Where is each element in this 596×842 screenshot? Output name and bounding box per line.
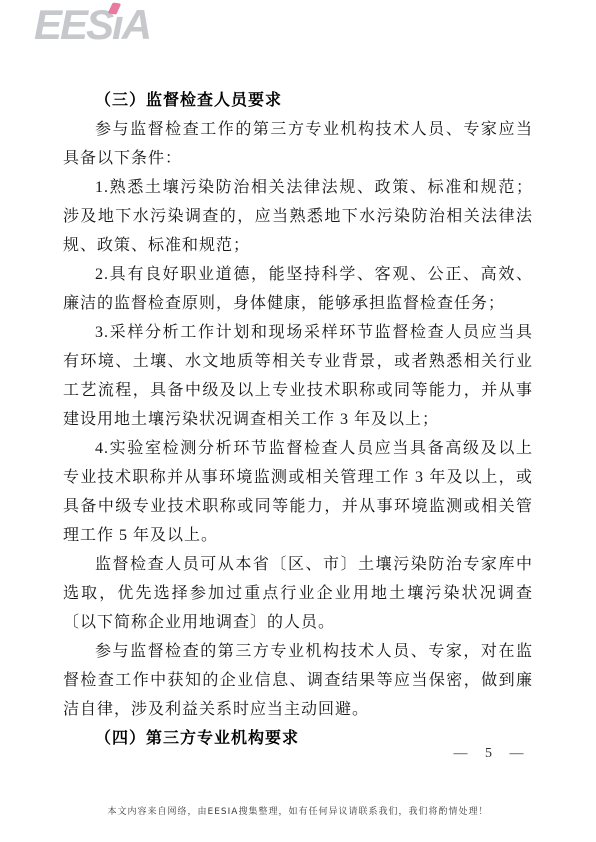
logo-text-post: A — [122, 1, 150, 48]
section-heading-3: （三）监督检查人员要求 — [63, 86, 533, 115]
document-body: （三）监督检查人员要求 参与监督检查工作的第三方专业机构技术人员、专家应当具备以… — [63, 86, 533, 753]
eesia-logo: EESıA — [34, 4, 150, 46]
paragraph-expert-pool: 监督检查人员可从本省〔区、市〕土壤污染防治专家库中选取，优先选择参加过重点行业企… — [63, 550, 533, 637]
paragraph-item-3: 3.采样分析工作计划和现场采样环节监督检查人员应当具有环境、土壤、水文地质等相关… — [63, 318, 533, 434]
paragraph-confidentiality: 参与监督检查的第三方专业机构技术人员、专家，对在监督检查工作中获知的企业信息、调… — [63, 637, 533, 724]
paragraph-item-4: 4.实验室检测分析环节监督检查人员应当具备高级及以上专业技术职称并从事环境监测或… — [63, 434, 533, 550]
paragraph-intro: 参与监督检查工作的第三方专业机构技术人员、专家应当具备以下条件： — [63, 115, 533, 173]
page-number: — 5 — — [452, 746, 532, 762]
paragraph-item-2: 2.具有良好职业道德，能坚持科学、客观、公正、高效、廉洁的监督检查原则，身体健康… — [63, 260, 533, 318]
footer-note: 本文内容来自网络，由EESIA搜集整理，如有任何异议请联系我们，我们将酌情处理！ — [0, 804, 596, 817]
document-page: EESıA （三）监督检查人员要求 参与监督检查工作的第三方专业机构技术人员、专… — [0, 0, 596, 842]
paragraph-item-1: 1.熟悉土壤污染防治相关法律法规、政策、标准和规范；涉及地下水污染调查的，应当熟… — [63, 173, 533, 260]
logo-text-pre: EES — [34, 1, 112, 48]
